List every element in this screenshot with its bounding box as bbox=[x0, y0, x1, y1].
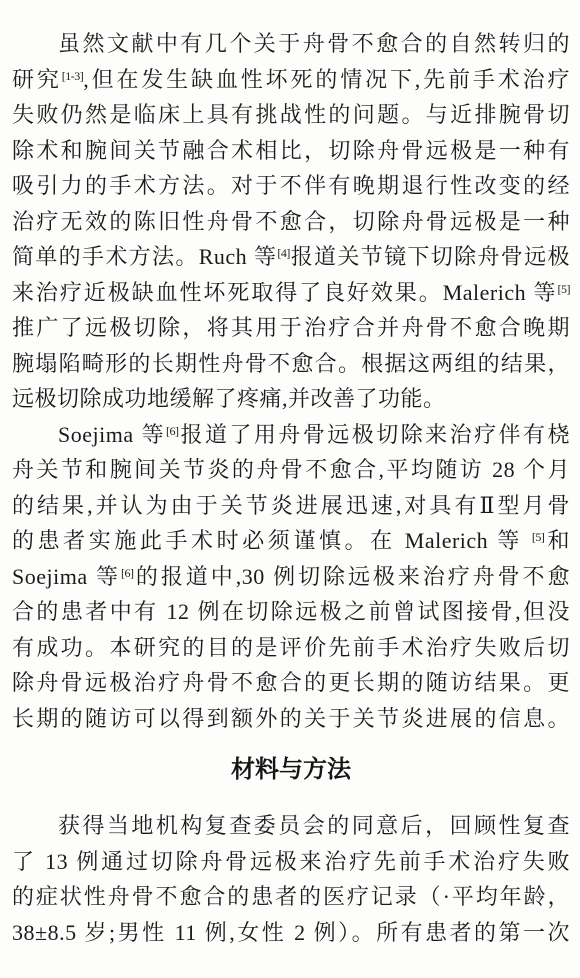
text-line: 了 13 例通过切除舟骨远极来治疗先前手术治疗失败 bbox=[12, 844, 570, 880]
text-segment: 腕塌陷畸形的长期性舟骨不愈合。根据这两组的结果， bbox=[12, 351, 570, 376]
text-segment: 报道关节镜下切除舟骨远极 bbox=[290, 244, 570, 269]
methods-paragraph: 获得当地机构复查委员会的同意后，回顾性复查了 13 例通过切除舟骨远极来治疗先前… bbox=[12, 808, 570, 950]
reference-superscript: [5] bbox=[532, 530, 545, 544]
text-line: 推广了远极切除，将其用于治疗合并舟骨不愈合晚期 bbox=[12, 310, 570, 346]
text-segment: 有成功。本研究的目的是评价先前手术治疗失败后切 bbox=[12, 635, 570, 660]
text-segment: 和 bbox=[544, 528, 570, 553]
text-line: 的结果,并认为由于关节炎进展迅速,对具有Ⅱ型月骨 bbox=[12, 488, 570, 524]
text-segment: 合的患者中有 12 例在切除远极之前曾试图接骨,但没 bbox=[12, 599, 570, 624]
text-line: 的症状性舟骨不愈合的患者的医疗记录（·平均年龄， bbox=[12, 879, 570, 915]
text-segment: 的患者实施此手术时必须谨慎。在 Malerich 等 bbox=[12, 528, 532, 553]
soejima-paragraph: Soejima 等[6]报道了用舟骨远极切除来治疗伴有桡舟关节和腕间关节炎的舟骨… bbox=[12, 417, 570, 737]
text-line: 治疗无效的陈旧性舟骨不愈合，切除舟骨远极是一种 bbox=[12, 204, 570, 240]
text-line: 合的患者中有 12 例在切除远极之前曾试图接骨,但没 bbox=[12, 594, 570, 630]
text-segment: 治疗无效的陈旧性舟骨不愈合，切除舟骨远极是一种 bbox=[12, 209, 570, 234]
article-page: 虽然文献中有几个关于舟骨不愈合的自然转归的研究[1-3],但在发生缺血性坏死的情… bbox=[0, 0, 580, 950]
text-segment: 获得当地机构复查委员会的同意后，回顾性复查 bbox=[58, 813, 570, 838]
text-segment: 简单的手术方法。Ruch 等 bbox=[12, 244, 277, 269]
reference-superscript: [1-3] bbox=[62, 69, 84, 83]
text-segment: 远极切除成功地缓解了疼痛,并改善了功能。 bbox=[12, 386, 446, 411]
text-line: 的患者实施此手术时必须谨慎。在 Malerich 等 [5]和 bbox=[12, 523, 570, 559]
text-line: 吸引力的手术方法。对于不伴有晚期退行性改变的经 bbox=[12, 168, 570, 204]
reference-superscript: [4] bbox=[277, 246, 290, 260]
intro-paragraph: 虽然文献中有几个关于舟骨不愈合的自然转归的研究[1-3],但在发生缺血性坏死的情… bbox=[12, 26, 570, 417]
text-line: 除舟骨远极治疗舟骨不愈合的更长期的随访结果。更 bbox=[12, 665, 570, 701]
text-line: 舟关节和腕间关节炎的舟骨不愈合,平均随访 28 个月 bbox=[12, 452, 570, 488]
text-segment: 虽然文献中有几个关于舟骨不愈合的自然转归的 bbox=[58, 31, 570, 56]
text-segment: 的症状性舟骨不愈合的患者的医疗记录（·平均年龄， bbox=[12, 884, 570, 909]
text-segment: 的结果,并认为由于关节炎进展迅速,对具有Ⅱ型月骨 bbox=[12, 493, 570, 518]
text-line: 腕塌陷畸形的长期性舟骨不愈合。根据这两组的结果， bbox=[12, 346, 570, 382]
text-line: 获得当地机构复查委员会的同意后，回顾性复查 bbox=[12, 808, 570, 844]
reference-superscript: [5] bbox=[558, 282, 571, 296]
text-line: 简单的手术方法。Ruch 等[4]报道关节镜下切除舟骨远极 bbox=[12, 239, 570, 275]
text-line: 除术和腕间关节融合术相比，切除舟骨远极是一种有 bbox=[12, 133, 570, 169]
text-segment: 了 13 例通过切除舟骨远极来治疗先前手术治疗失败 bbox=[12, 849, 570, 874]
reference-superscript: [6] bbox=[166, 424, 179, 438]
text-line: 虽然文献中有几个关于舟骨不愈合的自然转归的 bbox=[12, 26, 570, 62]
text-segment: 研究 bbox=[12, 67, 62, 92]
text-line: 来治疗近极缺血性坏死取得了良好效果。Malerich 等[5] bbox=[12, 275, 570, 311]
text-segment: 舟关节和腕间关节炎的舟骨不愈合,平均随访 28 个月 bbox=[12, 457, 570, 482]
text-line: 38±8.5 岁;男性 11 例,女性 2 例）。所有患者的第一次 bbox=[12, 915, 570, 951]
text-segment: 吸引力的手术方法。对于不伴有晚期退行性改变的经 bbox=[12, 173, 570, 198]
text-segment: ,但在发生缺血性坏死的情况下,先前手术治疗 bbox=[83, 67, 570, 92]
text-line: 远极切除成功地缓解了疼痛,并改善了功能。 bbox=[12, 381, 570, 417]
text-segment: 长期的随访可以得到额外的关于关节炎进展的信息。 bbox=[12, 706, 570, 731]
text-segment: Soejima 等 bbox=[12, 564, 121, 589]
text-segment: 38±8.5 岁;男性 11 例,女性 2 例）。所有患者的第一次 bbox=[12, 920, 570, 945]
text-line: 长期的随访可以得到额外的关于关节炎进展的信息。 bbox=[12, 701, 570, 737]
text-line: Soejima 等[6]的报道中,30 例切除远极来治疗舟骨不愈 bbox=[12, 559, 570, 595]
text-segment: 推广了远极切除，将其用于治疗合并舟骨不愈合晚期 bbox=[12, 315, 570, 340]
text-segment: 除术和腕间关节融合术相比，切除舟骨远极是一种有 bbox=[12, 138, 570, 163]
text-line: 有成功。本研究的目的是评价先前手术治疗失败后切 bbox=[12, 630, 570, 666]
text-segment: 失败仍然是临床上具有挑战性的问题。与近排腕骨切 bbox=[12, 102, 570, 127]
text-segment: 报道了用舟骨远极切除来治疗伴有桡 bbox=[179, 422, 570, 447]
text-line: Soejima 等[6]报道了用舟骨远极切除来治疗伴有桡 bbox=[12, 417, 570, 453]
text-segment: 的报道中,30 例切除远极来治疗舟骨不愈 bbox=[133, 564, 570, 589]
text-segment: 除舟骨远极治疗舟骨不愈合的更长期的随访结果。更 bbox=[12, 670, 570, 695]
text-segment: Soejima 等 bbox=[58, 422, 166, 447]
section-heading: 材料与方法 bbox=[12, 754, 570, 786]
reference-superscript: [6] bbox=[121, 566, 134, 580]
text-segment: 来治疗近极缺血性坏死取得了良好效果。Malerich 等 bbox=[12, 280, 558, 305]
text-line: 失败仍然是临床上具有挑战性的问题。与近排腕骨切 bbox=[12, 97, 570, 133]
text-line: 研究[1-3],但在发生缺血性坏死的情况下,先前手术治疗 bbox=[12, 62, 570, 98]
